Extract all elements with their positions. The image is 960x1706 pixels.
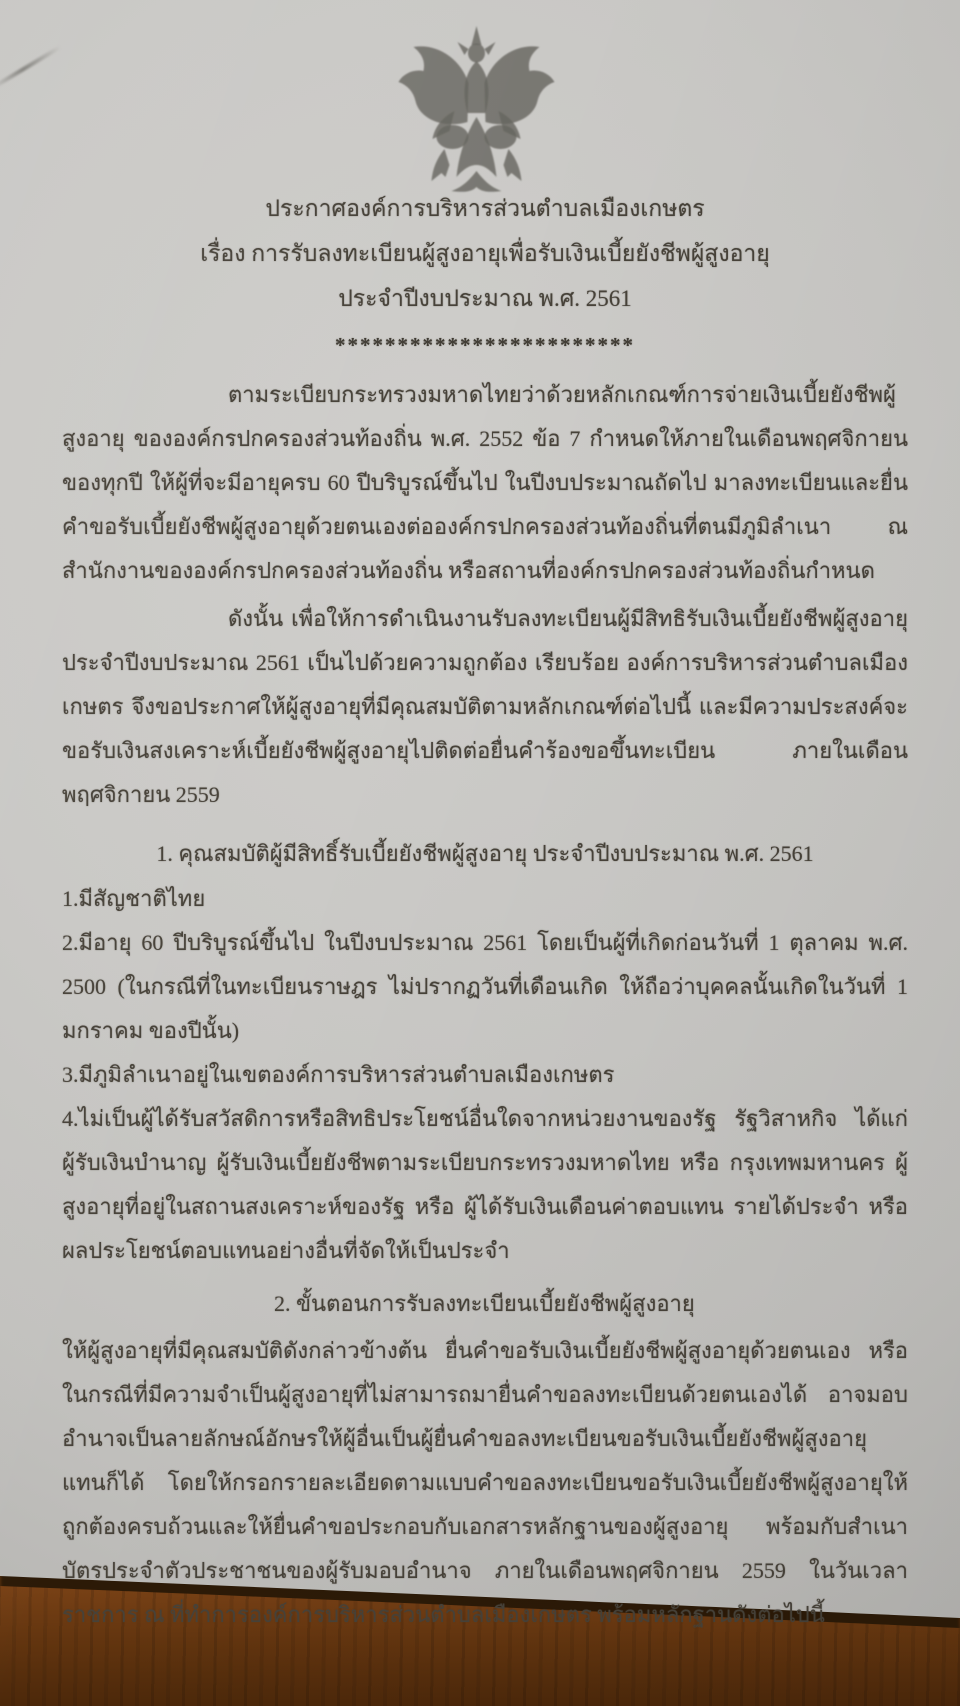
paragraph-registration-procedure: ให้ผู้สูงอายุที่มีคุณสมบัติดังกล่าวข้างต…	[62, 1329, 908, 1637]
paragraph-regulation-reference: ตามระเบียบกระทรวงมหาดไทยว่าด้วยหลักเกณฑ์…	[62, 373, 908, 593]
announcement-fiscal-year: ประจำปีงบประมาณ พ.ศ. 2561	[62, 276, 908, 321]
qualification-item-3: 3.มีภูมิลำเนาอยู่ในเขตองค์การบริหารส่วนต…	[62, 1053, 908, 1097]
paragraph-announcement-purpose: ดังนั้น เพื่อให้การดำเนินงานรับลงทะเบียน…	[62, 597, 908, 817]
qualification-item-4: 4.ไม่เป็นผู้ได้รับสวัสดิการหรือสิทธิประโ…	[62, 1097, 908, 1273]
announcement-subject: เรื่อง การรับลงทะเบียนผู้สูงอายุเพื่อรับ…	[62, 231, 908, 276]
qualification-item-1: 1.มีสัญชาติไทย	[62, 877, 908, 921]
asterisk-divider: ************************	[62, 325, 908, 365]
announcement-org-title: ประกาศองค์การบริหารส่วนตำบลเมืองเกษตร	[62, 186, 908, 231]
section-2-heading: 2. ขั้นตอนการรับลงทะเบียนเบี้ยยังชีพผู้ส…	[274, 1281, 908, 1327]
qualification-item-2: 2.มีอายุ 60 ปีบริบูรณ์ขึ้นไป ในปีงบประมา…	[62, 921, 908, 1053]
document-body: ประกาศองค์การบริหารส่วนตำบลเมืองเกษตร เร…	[62, 186, 908, 1659]
section-1-heading: 1. คุณสมบัติผู้มีสิทธิ์รับเบี้ยยังชีพผู้…	[62, 831, 908, 877]
garuda-emblem-icon	[388, 24, 564, 196]
document-photo: ประกาศองค์การบริหารส่วนตำบลเมืองเกษตร เร…	[0, 0, 960, 1706]
